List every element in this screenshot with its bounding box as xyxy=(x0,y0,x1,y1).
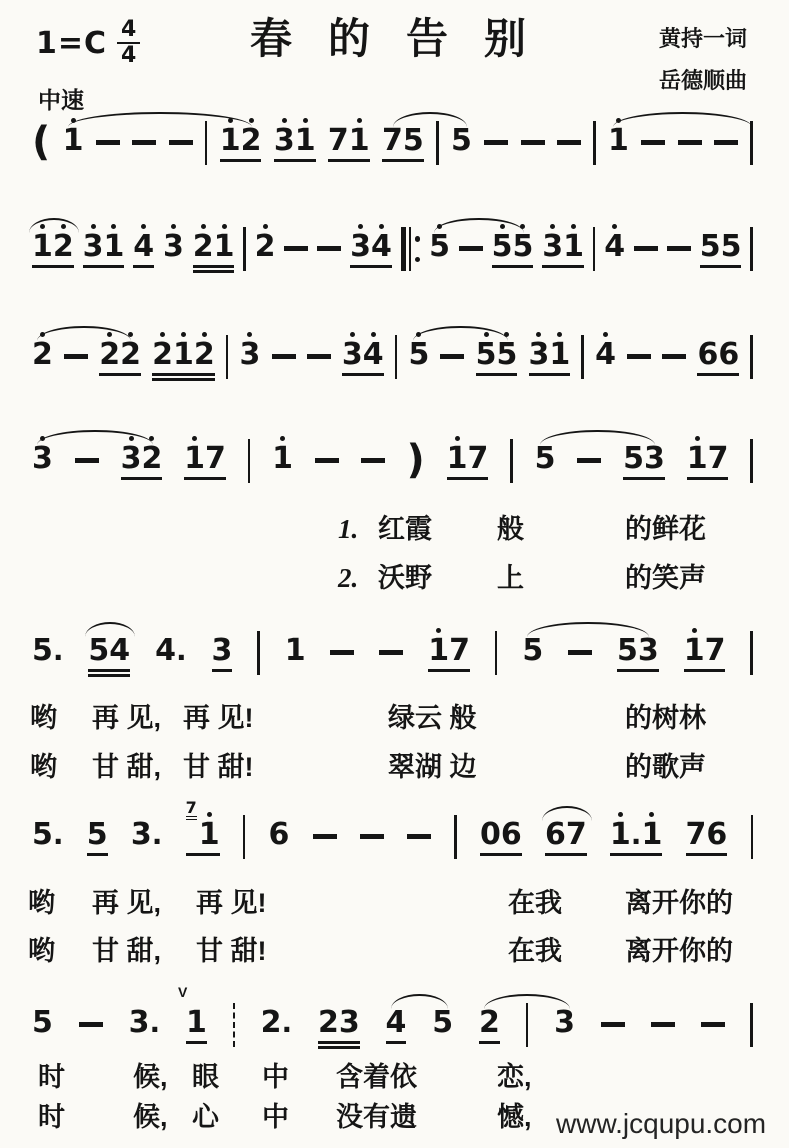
note-underline xyxy=(492,265,534,268)
lyric-segment: 哟 xyxy=(28,886,55,920)
slur-tie xyxy=(37,326,130,341)
lyric-segment: 再 见! xyxy=(196,886,267,920)
lyric-segment: 1. xyxy=(338,512,358,546)
note-1.1: 1.1 xyxy=(610,812,662,856)
note-212: 212 xyxy=(152,332,215,381)
lyric-segment: 恋, xyxy=(497,1060,532,1094)
note-55: 55 xyxy=(700,224,742,268)
barline xyxy=(750,227,753,271)
slur-tie xyxy=(391,994,448,1009)
lyric-segment: 甘 甜! xyxy=(196,934,267,968)
time-signature: 4 4 xyxy=(117,18,140,68)
lyric-segment: 候, xyxy=(133,1060,168,1094)
barline xyxy=(750,439,753,483)
note-21: 21 xyxy=(193,224,235,273)
duration-dash xyxy=(132,140,156,145)
note-3.: 3. xyxy=(131,812,163,853)
barline xyxy=(243,227,246,271)
note-underline xyxy=(684,669,726,672)
composer-credit: 岳德顺曲 xyxy=(659,64,747,95)
page-title: 春的告别 xyxy=(250,6,562,66)
note-1: V1 xyxy=(186,1000,207,1044)
note-4.: 4. xyxy=(155,628,187,669)
slur-tie xyxy=(37,430,152,445)
barline xyxy=(226,335,229,379)
note-underline xyxy=(186,853,220,856)
note-underline xyxy=(87,853,108,856)
duration-dash xyxy=(361,458,385,463)
note-1: 1 xyxy=(285,628,306,669)
note-underline xyxy=(623,477,665,480)
lyric-segment: 般 xyxy=(497,512,524,546)
duration-dash xyxy=(714,140,738,145)
note-underline xyxy=(152,373,215,376)
note-underline xyxy=(476,373,518,376)
slur-tie xyxy=(484,994,570,1009)
barline xyxy=(593,121,596,165)
lyric-segment: 中 xyxy=(262,1060,289,1094)
open-paren: ( xyxy=(32,118,50,166)
music-line-3: 22221233455531466 xyxy=(32,332,753,396)
lyric-segment: 翠湖 边 xyxy=(388,750,477,784)
duration-dash xyxy=(75,458,99,463)
note-underline xyxy=(529,373,571,376)
note-6: 6 xyxy=(269,812,290,853)
note-5: 5 xyxy=(32,1000,53,1041)
note-underline xyxy=(186,1041,207,1044)
note-underline xyxy=(697,373,739,376)
note-1: 71 xyxy=(186,812,220,856)
key-signature: 1=C xyxy=(36,26,107,61)
note-17: 17 xyxy=(687,436,729,480)
duration-dash xyxy=(64,354,88,359)
note-4: 4 xyxy=(604,224,625,265)
note-underline xyxy=(184,477,226,480)
music-line-6: 5.53.71606671.176 xyxy=(32,812,753,876)
lyric-segment: 沃野 xyxy=(378,561,432,595)
music-line-7: 53.V12.234523 xyxy=(32,1000,753,1064)
duration-dash xyxy=(317,246,341,251)
barline xyxy=(436,121,439,165)
note-5.: 5. xyxy=(32,812,64,853)
duration-dash xyxy=(484,140,508,145)
key-time-signature: 1=C 4 4 xyxy=(36,18,140,68)
note-underline xyxy=(318,1046,360,1049)
note-17: 17 xyxy=(684,628,726,672)
duration-dash xyxy=(379,650,403,655)
barline xyxy=(751,815,754,859)
note-underline xyxy=(687,477,729,480)
note-underline xyxy=(152,378,215,381)
note-underline xyxy=(617,669,659,672)
slur-tie xyxy=(434,218,523,233)
note-underline xyxy=(328,159,370,162)
duration-dash xyxy=(96,140,120,145)
note-underline xyxy=(121,477,163,480)
note-underline xyxy=(542,265,584,268)
lyricist-credit: 黄持一词 xyxy=(659,22,747,53)
music-line-5: 5.544.311755317 xyxy=(32,628,753,692)
lyric-segment: 哟 xyxy=(30,701,57,735)
duration-dash xyxy=(678,140,702,145)
note-17: 17 xyxy=(184,436,226,480)
duration-dash xyxy=(313,834,337,839)
note-underline xyxy=(274,159,316,162)
lyric-segment: 在我 xyxy=(508,934,562,968)
note-underline xyxy=(447,477,489,480)
note-5: 5 xyxy=(87,812,108,856)
lyric-segment: 的歌声 xyxy=(625,750,706,784)
lyric-segment: 憾, xyxy=(497,1100,532,1134)
music-line-4: 332171)1755317 xyxy=(32,436,753,500)
lyric-segment: 眼 xyxy=(192,1060,219,1094)
slur-tie xyxy=(85,622,135,637)
duration-dash xyxy=(651,1022,675,1027)
note-underline xyxy=(700,265,742,268)
lyric-segment: 时 xyxy=(38,1100,65,1134)
duration-dash xyxy=(169,140,193,145)
duration-dash xyxy=(360,834,384,839)
lyric-segment: 甘 甜, xyxy=(92,750,161,784)
duration-dash xyxy=(272,354,296,359)
barline xyxy=(750,335,753,379)
note-4: 4 xyxy=(595,332,616,373)
lyric-row-verse2-line1: 2.沃野上的笑声 xyxy=(0,561,789,603)
note-3: 3 xyxy=(163,224,184,265)
slur-tie xyxy=(540,430,654,445)
barline xyxy=(526,1003,529,1047)
note-3.: 3. xyxy=(129,1000,161,1041)
lyric-row-verse1-line2: 哟再 见,再 见!绿云 般的树林 xyxy=(0,701,789,743)
note-underline xyxy=(318,1041,360,1044)
lyric-segment: 再 见, xyxy=(92,701,161,735)
duration-dash xyxy=(641,140,665,145)
grace-note: 7 xyxy=(186,800,197,820)
lyric-segment: 心 xyxy=(192,1100,219,1134)
lyric-row-verse1-line3: 哟再 见,再 见!在我离开你的 xyxy=(0,886,789,928)
duration-dash xyxy=(601,1022,625,1027)
note-underline xyxy=(545,853,587,856)
note-underline xyxy=(99,373,141,376)
duration-dash xyxy=(79,1022,103,1027)
note-underline xyxy=(212,669,233,672)
note-underline xyxy=(220,159,262,162)
lyric-row-verse1-line1: 1.红霞般的鲜花 xyxy=(0,512,789,554)
slur-tie xyxy=(613,112,752,127)
lyric-row-verse2-line3: 哟甘 甜,甘 甜!在我离开你的 xyxy=(0,934,789,976)
lyric-segment: 中 xyxy=(262,1100,289,1134)
lyric-segment: 再 见! xyxy=(183,701,254,735)
note-3: 3 xyxy=(240,332,261,373)
duration-dash xyxy=(330,650,354,655)
tempo-marking: 中速 xyxy=(38,82,84,115)
note-31: 31 xyxy=(529,332,571,376)
duration-dash xyxy=(662,354,686,359)
note-underline xyxy=(480,853,522,856)
note-06: 06 xyxy=(480,812,522,856)
close-paren: ) xyxy=(407,436,425,484)
lyric-segment: 哟 xyxy=(28,934,55,968)
note-underline xyxy=(88,669,130,672)
note-underline xyxy=(350,265,392,268)
lyric-row-verse2-line2: 哟甘 甜,甘 甜!翠湖 边的歌声 xyxy=(0,750,789,792)
note-4: 4 xyxy=(133,224,154,268)
watermark-url: www.jcqupu.com xyxy=(556,1108,766,1140)
note-underline xyxy=(610,853,662,856)
barline xyxy=(495,631,498,675)
note-76: 76 xyxy=(686,812,728,856)
barline xyxy=(248,439,251,483)
slur-tie xyxy=(413,326,507,341)
duration-dash xyxy=(568,650,592,655)
repeat-start-sign xyxy=(401,227,421,271)
barline xyxy=(454,815,457,859)
lyric-segment: 时 xyxy=(38,1060,65,1094)
slur-tie xyxy=(68,112,251,127)
barline xyxy=(750,631,753,675)
note-34: 34 xyxy=(350,224,392,268)
duration-dash xyxy=(307,354,331,359)
lyric-segment: 绿云 般 xyxy=(388,701,477,735)
lyric-segment: 的树林 xyxy=(625,701,706,735)
duration-dash xyxy=(315,458,339,463)
time-signature-denominator: 4 xyxy=(117,42,140,68)
duration-dash xyxy=(407,834,431,839)
duration-dash xyxy=(284,246,308,251)
lyric-segment: 候, xyxy=(133,1100,168,1134)
note-underline xyxy=(133,265,154,268)
duration-dash xyxy=(634,246,658,251)
music-line-2: 1231432123455531455 xyxy=(32,224,753,288)
barline xyxy=(750,1003,753,1047)
duration-dash xyxy=(667,246,691,251)
lyric-row-verse1-line4: 时候,眼中含着依恋, xyxy=(0,1060,789,1102)
lyric-segment: 含着依 xyxy=(336,1060,417,1094)
note-underline xyxy=(382,159,424,162)
duration-dash xyxy=(440,354,464,359)
duration-dash xyxy=(459,246,483,251)
note-1: 1 xyxy=(272,436,293,477)
breath-mark-icon: V xyxy=(178,984,187,1000)
lyric-segment: 再 见, xyxy=(92,886,161,920)
barline xyxy=(395,335,398,379)
slur-tie xyxy=(393,112,467,127)
note-2.: 2. xyxy=(261,1000,293,1041)
note-underline xyxy=(479,1041,500,1044)
lyric-segment: 哟 xyxy=(30,750,57,784)
duration-dash xyxy=(577,458,601,463)
lyric-segment: 2. xyxy=(338,561,358,595)
lyric-segment: 上 xyxy=(497,561,524,595)
lyric-segment: 的笑声 xyxy=(625,561,706,595)
barline xyxy=(750,121,753,165)
note-underline xyxy=(32,265,74,268)
lyric-segment: 离开你的 xyxy=(625,934,733,968)
note-underline xyxy=(686,853,728,856)
duration-dash xyxy=(701,1022,725,1027)
duration-dash xyxy=(557,140,581,145)
note-underline xyxy=(83,265,125,268)
music-line-1: (11231717551 xyxy=(32,118,753,182)
note-17: 17 xyxy=(447,436,489,480)
note-underline xyxy=(193,265,235,268)
slur-tie xyxy=(527,622,648,637)
note-31: 31 xyxy=(274,118,316,162)
note-66: 66 xyxy=(697,332,739,376)
note-underline xyxy=(88,674,130,677)
barline xyxy=(510,439,513,483)
note-34: 34 xyxy=(342,332,384,376)
lyric-segment: 没有遗 xyxy=(336,1100,417,1134)
note-underline xyxy=(386,1041,407,1044)
note-23: 23 xyxy=(318,1000,360,1049)
note-3: 3 xyxy=(212,628,233,672)
slur-tie xyxy=(29,218,79,233)
slur-tie xyxy=(542,806,592,821)
note-71: 71 xyxy=(328,118,370,162)
lyric-segment: 离开你的 xyxy=(625,886,733,920)
time-signature-numerator: 4 xyxy=(117,18,140,42)
dashed-barline xyxy=(233,1003,235,1047)
note-17: 17 xyxy=(428,628,470,672)
note-31: 31 xyxy=(542,224,584,268)
barline xyxy=(243,815,246,859)
duration-dash xyxy=(521,140,545,145)
sheet-music-page: 1=C 4 4 春的告别 黄持一词 岳德顺曲 中速 (1123171755112… xyxy=(0,0,789,1148)
barline xyxy=(581,335,584,379)
note-underline xyxy=(428,669,470,672)
note-underline xyxy=(193,270,235,273)
barline xyxy=(205,121,208,165)
note-31: 31 xyxy=(83,224,125,268)
lyric-segment: 甘 甜, xyxy=(92,934,161,968)
lyric-segment: 在我 xyxy=(508,886,562,920)
lyric-segment: 甘 甜! xyxy=(183,750,254,784)
note-underline xyxy=(342,373,384,376)
duration-dash xyxy=(627,354,651,359)
note-5.: 5. xyxy=(32,628,64,669)
lyric-segment: 红霞 xyxy=(378,512,432,546)
barline xyxy=(257,631,260,675)
barline xyxy=(593,227,596,271)
lyric-segment: 的鲜花 xyxy=(625,512,706,546)
note-2: 2 xyxy=(255,224,276,265)
